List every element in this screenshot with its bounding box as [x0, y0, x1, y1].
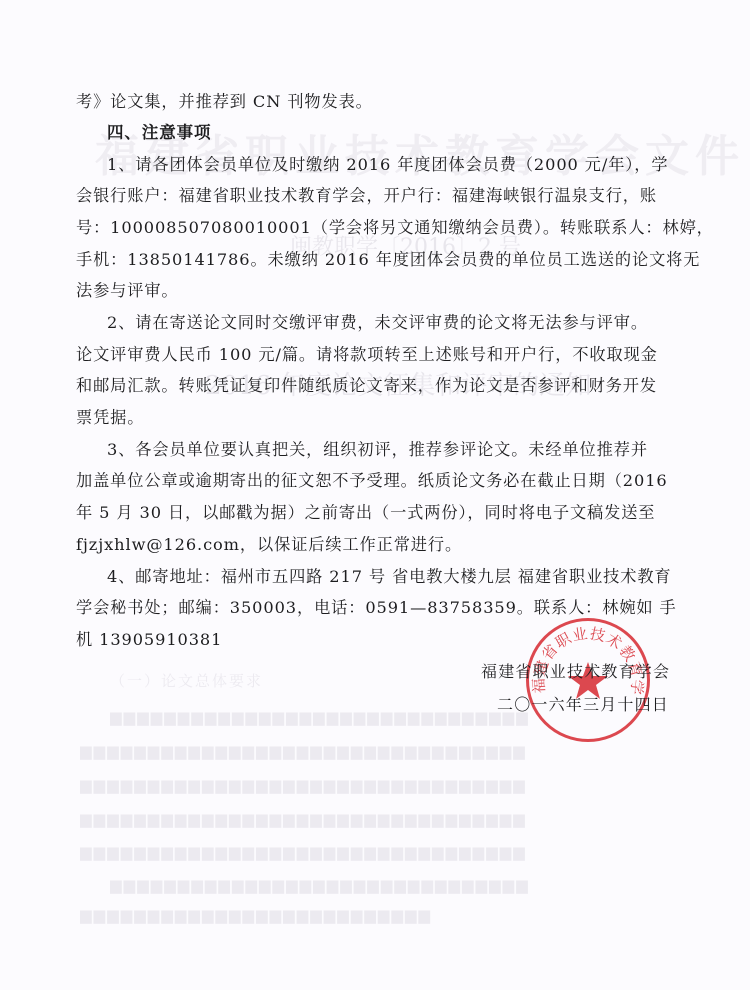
bleed-through-line: ▆▆▆▆▆▆▆▆▆▆▆▆▆▆▆▆▆▆▆▆▆▆▆▆▆▆▆▆▆▆▆ — [110, 876, 690, 894]
bleed-through-section: （一）论文总体要求 — [110, 670, 263, 691]
bleed-through-line: ▆▆▆▆▆▆▆▆▆▆▆▆▆▆▆▆▆▆▆▆▆▆▆▆▆▆▆▆▆▆▆▆▆ — [80, 742, 690, 760]
item-2-line: 票凭据。 — [76, 408, 692, 428]
item-4-line: 4、邮寄地址：福州市五四路 217 号 省电教大楼九层 福建省职业技术教育 — [107, 567, 692, 587]
bleed-through-line: ▆▆▆▆▆▆▆▆▆▆▆▆▆▆▆▆▆▆▆▆▆▆▆▆▆▆ — [80, 906, 560, 924]
issue-date: 二〇一六年三月十四日 — [497, 692, 669, 715]
section-heading: 四、注意事项 — [107, 123, 723, 143]
issuing-organization: 福建省职业技术教育学会 — [481, 659, 670, 682]
item-2-line: 论文评审费人民币 100 元/篇。请将款项转至上述账号和开户行，不收取现金 — [76, 345, 692, 365]
item-2-line: 和邮局汇款。转账凭证复印件随纸质论文寄来，作为论文是否参评和财务开发 — [76, 376, 692, 396]
item-1-line: 法参与评审。 — [76, 281, 692, 301]
item-1-line: 1、请各团体会员单位及时缴纳 2016 年度团体会员费（2000 元/年），学 — [107, 155, 692, 175]
item-4-line: 学会秘书处；邮编：350003，电话：0591—83758359。联系人：林婉如… — [76, 598, 692, 618]
item-3-email-line: fjzjxhlw@126.com，以保证后续工作正常进行。 — [76, 535, 692, 555]
bleed-through-line: ▆▆▆▆▆▆▆▆▆▆▆▆▆▆▆▆▆▆▆▆▆▆▆▆▆▆▆▆▆▆▆▆▆ — [80, 776, 690, 794]
item-3-line: 3、各会员单位要认真把关，组织初评，推荐参评论文。未经单位推荐并 — [107, 440, 692, 460]
paragraph-tail: 考》论文集，并推荐到 CN 刊物发表。 — [76, 92, 692, 112]
document-page: 福建省职业技术教育学会文件 闽教职学〔2016〕2 号 2016 年度论文征集和… — [0, 0, 750, 990]
bleed-through-line: ▆▆▆▆▆▆▆▆▆▆▆▆▆▆▆▆▆▆▆▆▆▆▆▆▆▆▆▆▆▆▆▆▆ — [80, 810, 690, 828]
item-1-line: 号：100008507080010001（学会将另文通知缴纳会员费）。转账联系人… — [76, 218, 692, 238]
bleed-through-line: ▆▆▆▆▆▆▆▆▆▆▆▆▆▆▆▆▆▆▆▆▆▆▆▆▆▆▆▆▆▆▆▆▆ — [80, 843, 690, 861]
item-2-line: 2、请在寄送论文同时交缴评审费，未交评审费的论文将无法参与评审。 — [107, 313, 692, 333]
item-1-line: 会银行账户：福建省职业技术教育学会，开户行：福建海峡银行温泉支行，账 — [76, 186, 692, 206]
item-3-line: 加盖单位公章或逾期寄出的征文恕不予受理。纸质论文务必在截止日期（2016 — [76, 471, 692, 491]
item-1-line: 手机：13850141786。未缴纳 2016 年度团体会员费的单位员工选送的论… — [76, 250, 692, 270]
item-3-line: 年 5 月 30 日，以邮戳为据）之前寄出（一式两份），同时将电子文稿发送至 — [76, 503, 692, 523]
